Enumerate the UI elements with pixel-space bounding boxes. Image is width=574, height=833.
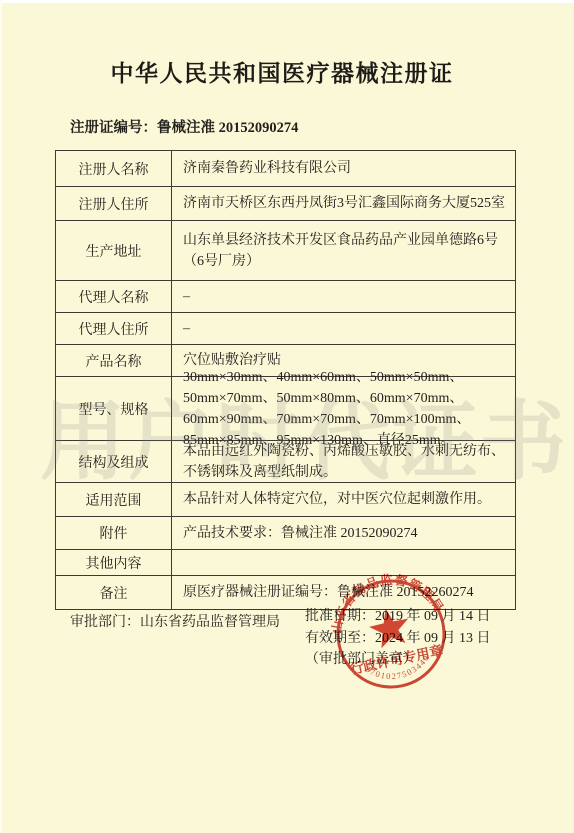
footer-dates-block: 批准日期：2019 年 09 月 14 日 有效期至：2024 年 09 月 1… xyxy=(305,606,491,671)
table-row-registrant-name: 注册人名称 济南秦鲁药业科技有限公司 xyxy=(56,151,515,187)
row-value: 济南市天桥区东西丹凤街3号汇鑫国际商务大厦525室 xyxy=(172,187,515,220)
row-label: 适用范围 xyxy=(56,483,172,516)
registration-number-line: 注册证编号：鲁械注准 20152090274 xyxy=(70,116,298,137)
row-value: 本品由远红外陶瓷粉、丙烯酸压敏胶、水刺无纺布、不锈钢珠及离型纸制成。 xyxy=(172,441,515,482)
page-edge-left xyxy=(0,0,2,833)
table-row-production-address: 生产地址 山东单县经济技术开发区食品药品产业园单德路6号 （6号厂房） xyxy=(56,221,515,281)
row-label: 注册人名称 xyxy=(56,151,172,186)
certificate-title: 中华人民共和国医疗器械注册证 xyxy=(0,55,564,88)
page-edge-top xyxy=(0,0,574,3)
registration-number-label: 注册证编号： xyxy=(70,120,157,136)
approval-department: 审批部门：山东省药品监督管理局 xyxy=(70,611,280,631)
row-value: 山东单县经济技术开发区食品药品产业园单德路6号 （6号厂房） xyxy=(172,221,515,280)
valid-until-date: 有效期至：2024 年 09 月 13 日 xyxy=(305,628,491,650)
row-value: 产品技术要求：鲁械注准 20152090274 xyxy=(172,517,515,549)
row-value xyxy=(172,550,515,575)
row-label: 产品名称 xyxy=(56,345,172,376)
row-label: 型号、规格 xyxy=(56,377,172,440)
certificate-table: 注册人名称 济南秦鲁药业科技有限公司 注册人住所 济南市天桥区东西丹凤街3号汇鑫… xyxy=(55,150,516,610)
table-row-registrant-address: 注册人住所 济南市天桥区东西丹凤街3号汇鑫国际商务大厦525室 xyxy=(56,187,515,221)
row-label: 代理人名称 xyxy=(56,281,172,312)
row-value: 济南秦鲁药业科技有限公司 xyxy=(172,151,515,186)
table-row-agent-address: 代理人住所 – xyxy=(56,313,515,345)
table-row-remarks: 备注 原医疗器械注册证编号：鲁械注准 20152260274 xyxy=(56,576,515,609)
row-value: – xyxy=(172,281,515,312)
row-label: 注册人住所 xyxy=(56,187,172,220)
row-value: 原医疗器械注册证编号：鲁械注准 20152260274 xyxy=(172,576,515,609)
row-label: 代理人住所 xyxy=(56,313,172,344)
row-label: 结构及组成 xyxy=(56,441,172,482)
seal-note: （审批部门盖章） xyxy=(305,649,491,671)
row-label: 附件 xyxy=(56,517,172,549)
table-row-model-spec: 型号、规格 30mm×30mm、40mm×60mm、50mm×50mm、50mm… xyxy=(56,377,515,441)
registration-number-value: 鲁械注准 20152090274 xyxy=(157,120,298,136)
row-label: 备注 xyxy=(56,576,172,609)
row-label: 其他内容 xyxy=(56,550,172,575)
table-row-agent-name: 代理人名称 – xyxy=(56,281,515,313)
certificate-paper: 中华人民共和国医疗器械注册证 注册证编号：鲁械注准 20152090274 注册… xyxy=(0,0,574,833)
table-row-other-content: 其他内容 xyxy=(56,550,515,576)
table-row-structure-composition: 结构及组成 本品由远红外陶瓷粉、丙烯酸压敏胶、水刺无纺布、不锈钢珠及离型纸制成。 xyxy=(56,441,515,483)
table-row-scope-of-use: 适用范围 本品针对人体特定穴位，对中医穴位起刺激作用。 xyxy=(56,483,515,517)
table-row-attachment: 附件 产品技术要求：鲁械注准 20152090274 xyxy=(56,517,515,550)
row-label: 生产地址 xyxy=(56,221,172,280)
approval-date: 批准日期：2019 年 09 月 14 日 xyxy=(305,606,491,628)
row-value: 本品针对人体特定穴位，对中医穴位起刺激作用。 xyxy=(172,483,515,516)
row-value: – xyxy=(172,313,515,344)
row-value: 30mm×30mm、40mm×60mm、50mm×50mm、50mm×70mm、… xyxy=(172,377,515,440)
